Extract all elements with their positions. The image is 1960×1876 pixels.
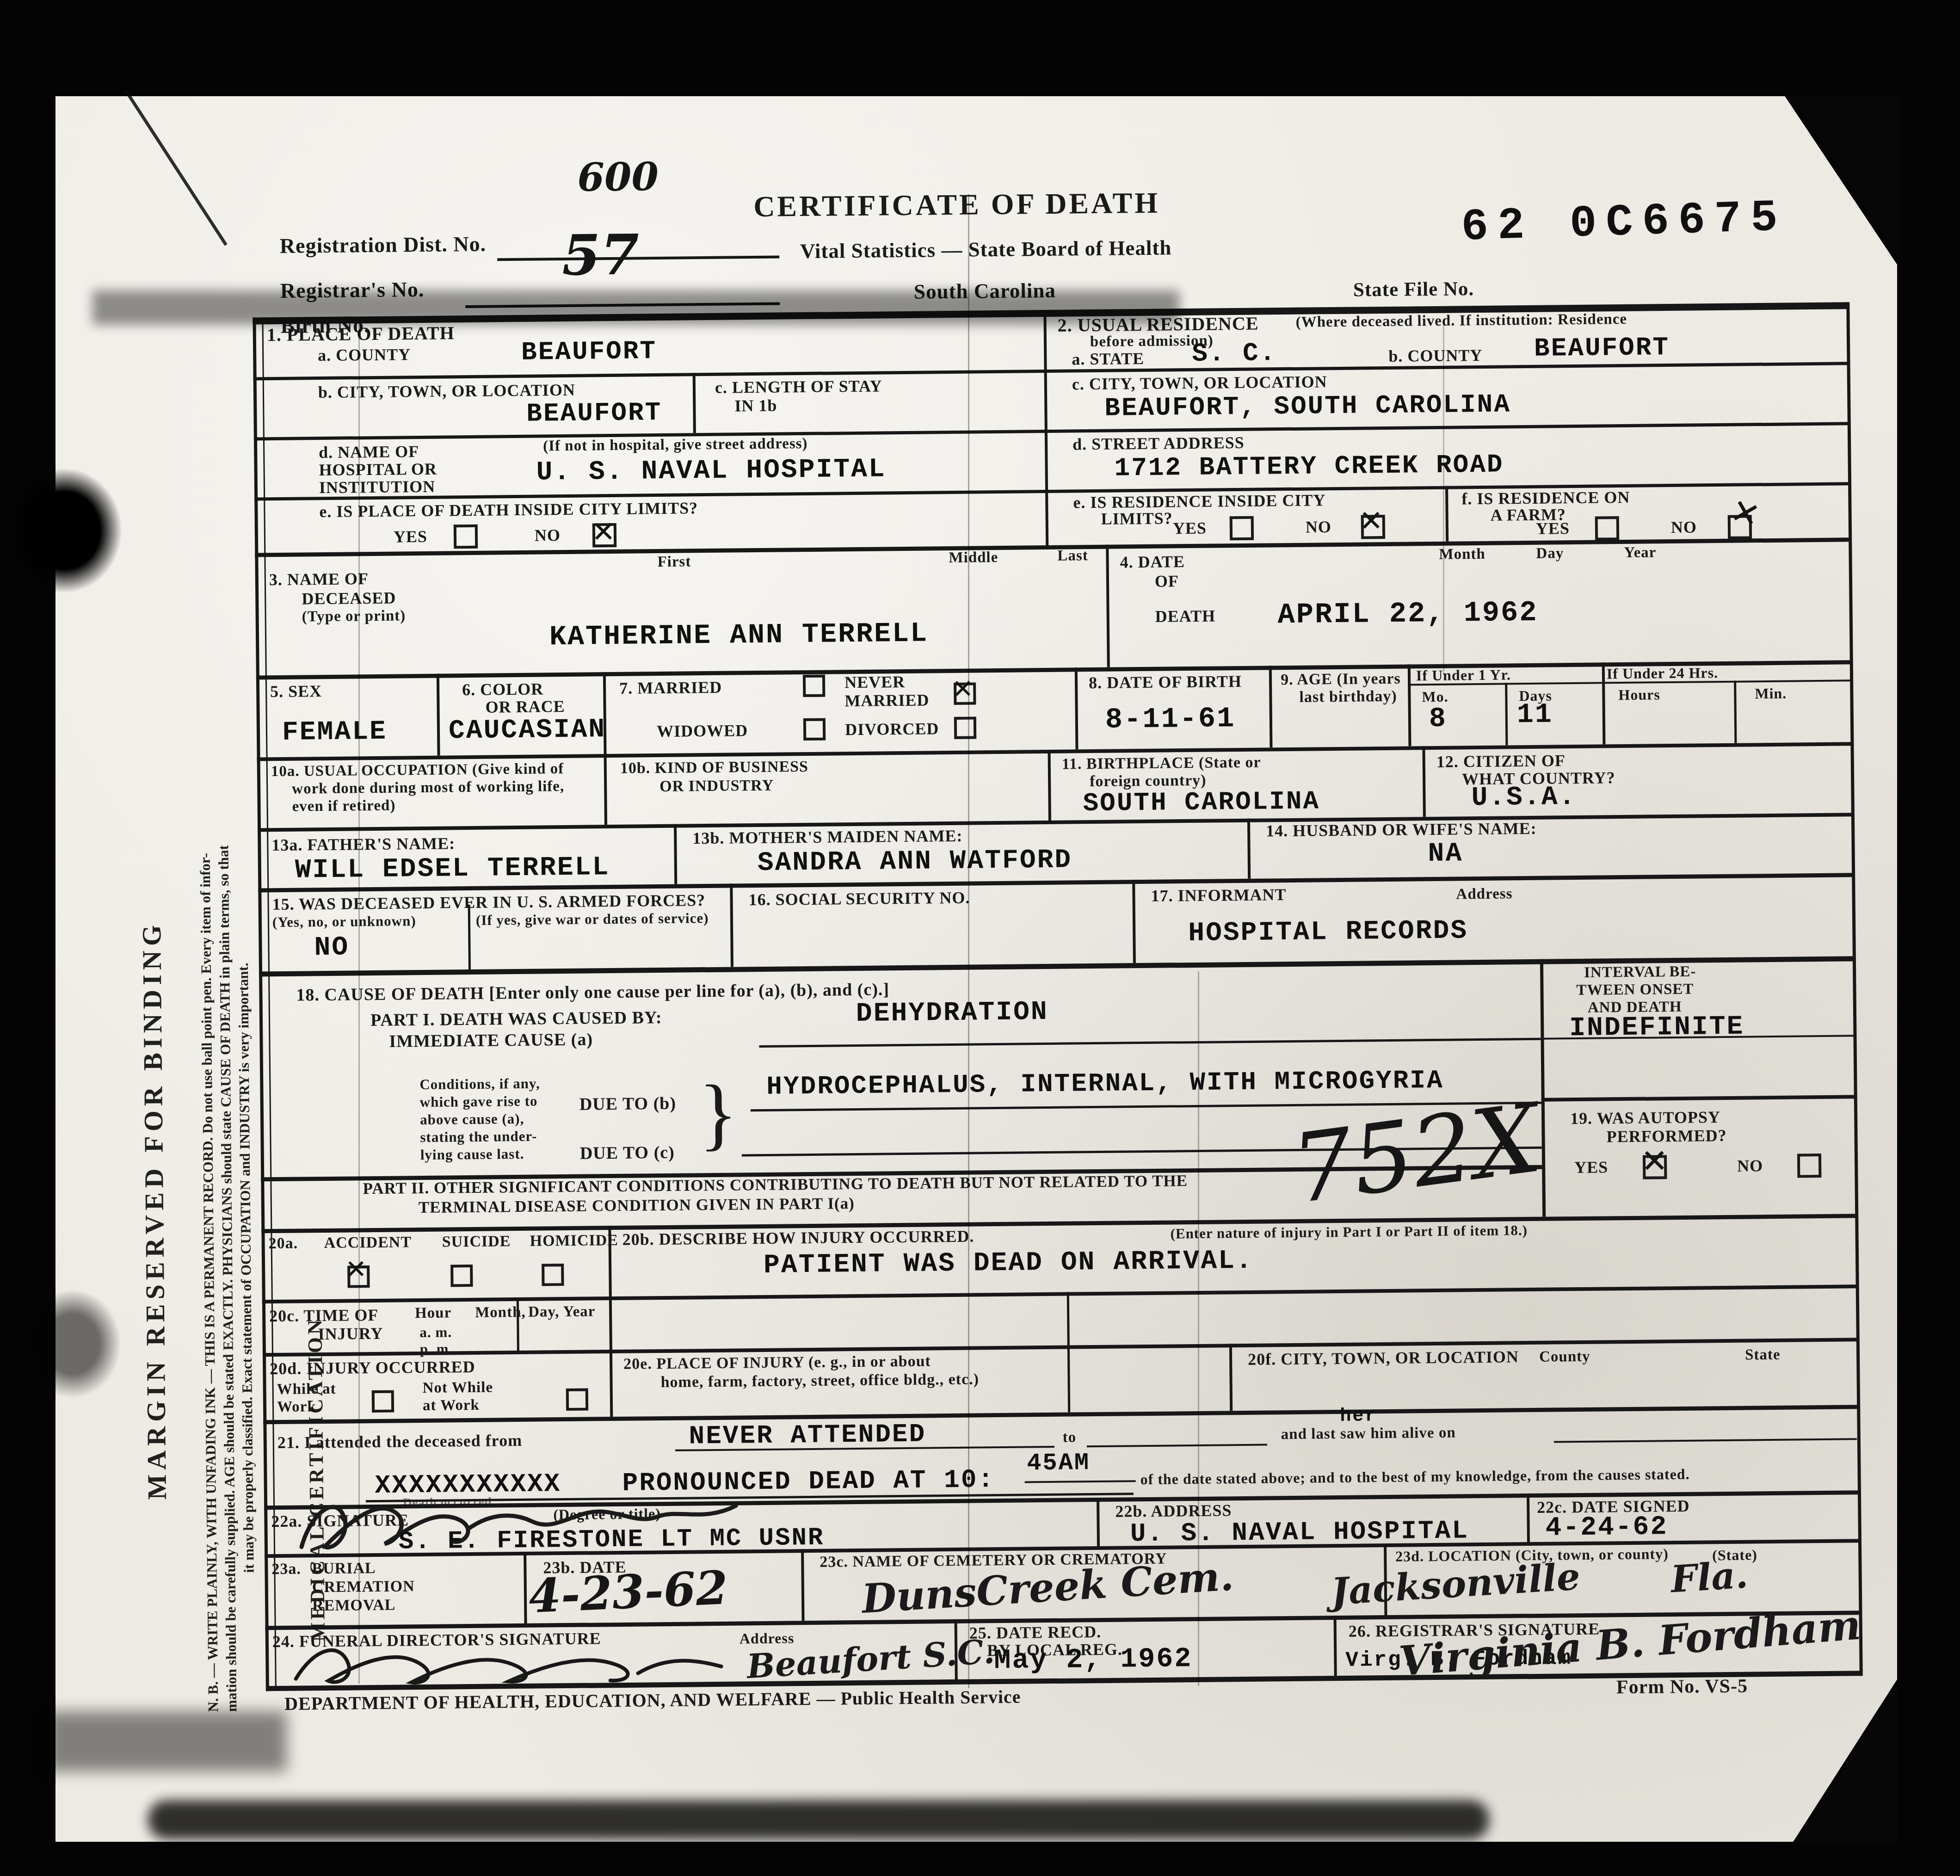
ink-blob-left-lower (24, 1290, 121, 1398)
burial-location-state-value: Fla. (1670, 1553, 1749, 1601)
conditions-note3: above cause (a), (420, 1111, 524, 1128)
homicide-label: HOMICIDE (530, 1232, 618, 1250)
age-label2: last birthday) (1299, 688, 1397, 706)
widowed-label: WIDOWED (657, 721, 748, 741)
funeral-director-signature (289, 1633, 752, 1688)
place-limits-no-label: NO (535, 525, 561, 545)
res-limits-yes-checkbox (1230, 516, 1254, 540)
autopsy-no-label: NO (1737, 1156, 1763, 1176)
spouse-value: NA (1428, 839, 1463, 869)
res-limits-no-label: NO (1306, 517, 1331, 537)
conditions-brace: } (698, 1067, 739, 1160)
father-label: 13a. FATHER'S NAME: (271, 833, 455, 855)
farm-no-label: NO (1671, 517, 1697, 537)
footer-agency: DEPARTMENT OF HEALTH, EDUCATION, AND WEL… (284, 1686, 1021, 1715)
year-header: Year (1624, 544, 1656, 562)
informant-address-label: Address (1456, 885, 1512, 903)
attended-pre-label: 21. I attended the deceased from (277, 1431, 523, 1452)
last-saw-label: and last saw him alive on (1281, 1425, 1456, 1444)
margin-binding-label: MARGIN RESERVED FOR BINDING (134, 685, 173, 1500)
last-header: Last (1057, 547, 1088, 565)
scratch-vertical-2 (968, 194, 969, 1688)
time-of-injury-label2: INJURY (318, 1324, 383, 1344)
due-to-b-label: DUE TO (b) (579, 1093, 677, 1115)
suicide-checkbox (450, 1265, 473, 1287)
name-label2: DECEASED (302, 588, 396, 609)
ssn-label: 16. SOCIAL SECURITY NO. (748, 888, 970, 910)
dayyear-label: Day, Year (528, 1303, 596, 1321)
reg-dist-number: 600 (577, 154, 659, 200)
scratch-vertical-4 (1443, 319, 1444, 675)
res-limits-label2: LIMITS? (1101, 508, 1172, 528)
attended-to-label: to (1063, 1429, 1077, 1446)
farm-yes-label: YES (1536, 518, 1570, 538)
place-limits-no-checkmark: ✕ (592, 515, 616, 549)
conditions-note4: stating the under- (420, 1128, 537, 1146)
burial-sec-label: 23a. (271, 1561, 301, 1579)
burial-date-value: 4-23-62 (528, 1560, 729, 1623)
name-label1: 3. NAME OF (269, 569, 369, 589)
not-while-label1: Not While (422, 1379, 493, 1397)
birthplace-value: SOUTH CAROLINA (1083, 786, 1320, 818)
pm-label: p. m. (420, 1340, 453, 1358)
sex-value: FEMALE (282, 717, 387, 748)
county-label: a. COUNTY (318, 345, 411, 365)
name-label3: (Type or print) (302, 607, 406, 625)
place-limits-yes-label: YES (394, 527, 427, 547)
date-of-death-value: APRIL 22, 1962 (1277, 596, 1538, 631)
middle-header: Middle (949, 549, 998, 567)
due-to-c-label: DUE TO (c) (580, 1142, 675, 1164)
under-1yr-header: If Under 1 Yr. (1416, 666, 1511, 684)
conditions-note5: lying cause last. (420, 1146, 524, 1163)
accident-label: ACCIDENT (324, 1234, 412, 1252)
never-married-label2: MARRIED (844, 690, 929, 710)
occupation-label3: even if retired) (292, 797, 395, 815)
while-at-work-checkbox (372, 1390, 394, 1413)
part2-label2: TERMINAL DISEASE CONDITION GIVEN IN PART… (419, 1194, 855, 1217)
conditions-note2: which gave rise to (420, 1093, 538, 1111)
interval-label2: TWEEN ONSET (1576, 981, 1694, 999)
pronounced-time-value: 45AM (1027, 1449, 1090, 1477)
while-at-label1: While at (277, 1381, 336, 1398)
burial-location-city-value: Jacksonville (1330, 1555, 1581, 1613)
place-of-injury-label1: 20e. PLACE OF INJURY (e. g., in or about (623, 1352, 931, 1373)
hour-label: Hour (415, 1304, 452, 1322)
residence-city-value: BEAUFORT, SOUTH CAROLINA (1104, 389, 1511, 423)
autopsy-no-checkbox (1797, 1154, 1821, 1178)
dob-value: 8-11-61 (1105, 702, 1236, 736)
scan-edge-left (0, 0, 55, 1876)
armed-forces-value: NO (314, 933, 349, 963)
certificate: MARGIN RESERVED FOR BINDING N. B. — WRIT… (0, 0, 1960, 1876)
place-limits-yes-checkbox (454, 525, 478, 549)
occupation-label1: 10a. USUAL OCCUPATION (Give kind of (271, 760, 564, 780)
state-file-label: State File No. (1353, 278, 1474, 302)
county-value: BEAUFORT (521, 336, 657, 367)
injury-city-label: 20f. CITY, TOWN, OR LOCATION (1248, 1347, 1519, 1369)
conditions-note1: Conditions, if any, (419, 1075, 540, 1093)
farm-yes-checkbox (1595, 516, 1619, 540)
autopsy-yes-label: YES (1574, 1157, 1608, 1177)
length-of-stay-label1: c. LENGTH OF STAY (715, 376, 882, 397)
occupation-label2: work done during most of working life, (292, 778, 564, 798)
min-header: Min. (1755, 685, 1787, 703)
hospital-note: (If not in hospital, give street address… (543, 435, 808, 455)
month-header: Month (1439, 546, 1485, 563)
injury-state-label: State (1745, 1346, 1781, 1364)
place-limits-label: e. IS PLACE OF DEATH INSIDE CITY LIMITS? (319, 498, 698, 521)
married-label: 7. MARRIED (619, 678, 722, 698)
how-injury-note: (Enter nature of injury in Part I or Par… (1170, 1222, 1528, 1242)
residence-city-label: c. CITY, TOWN, OR LOCATION (1072, 372, 1327, 394)
res-limits-no-checkmark: ✕ (1359, 504, 1383, 537)
city-value: BEAUFORT (526, 398, 662, 429)
how-injury-label: 20b. DESCRIBE HOW INJURY OCCURRED. (622, 1227, 974, 1249)
mother-value: SANDRA ANN WATFORD (757, 845, 1072, 878)
business-label1: 10b. KIND OF BUSINESS (620, 758, 808, 778)
burial-label: BURIAL (312, 1560, 376, 1578)
age-days-value: 11 (1516, 699, 1553, 731)
scratch-vertical-3 (1198, 971, 1199, 1686)
how-injury-value: PATIENT WAS DEAD ON ARRIVAL. (764, 1246, 1253, 1281)
scanned-death-certificate: MARGIN RESERVED FOR BINDING N. B. — WRIT… (0, 0, 1960, 1876)
length-of-stay-label2: IN 1b (734, 396, 777, 416)
months-header: Mo. (1422, 688, 1448, 706)
not-while-at-work-checkbox (566, 1388, 588, 1411)
state-file-stamp: 62 0C6675 (1461, 192, 1787, 253)
married-checkbox (803, 675, 825, 697)
res-limits-yes-label: YES (1173, 518, 1207, 538)
first-header: First (657, 553, 691, 571)
registrar-number: 57 (561, 222, 639, 288)
dob-label: 8. DATE OF BIRTH (1089, 672, 1242, 692)
smear-bottom-left (46, 1711, 287, 1771)
divorced-checkbox (954, 716, 976, 739)
deceased-name-value: KATHERINE ANN TERRELL (549, 618, 929, 653)
spouse-label: 14. HUSBAND OR WIFE'S NAME: (1266, 819, 1537, 841)
ink-blob-left-upper (6, 468, 122, 593)
scratch-vertical-1 (358, 319, 360, 1684)
business-label2: OR INDUSTRY (659, 777, 774, 796)
attended-from-value: NEVER ATTENDED (689, 1419, 926, 1451)
injury-occurred-label: 20d. INJURY OCCURRED (270, 1357, 475, 1378)
cause-of-death-label: 18. CAUSE OF DEATH [Enter only one cause… (296, 979, 889, 1005)
date-signed-value: 4-24-62 (1545, 1512, 1668, 1543)
while-at-label2: Work (277, 1398, 316, 1416)
suicide-label: SUICIDE (442, 1233, 511, 1251)
residence-county-label: b. COUNTY (1388, 346, 1482, 366)
widowed-checkbox (803, 718, 826, 741)
scan-edge-bottom (0, 1842, 1960, 1876)
hospital-value: U. S. NAVAL HOSPITAL (536, 454, 886, 488)
hours-header: Hours (1618, 686, 1660, 703)
residence-county-value: BEAUFORT (1534, 333, 1670, 364)
under-24hrs-header: If Under 24 Hrs. (1607, 664, 1719, 682)
attended-her-note: her (1340, 1406, 1377, 1427)
father-value: WILL EDSEL TERRELL (295, 852, 610, 886)
dod-label1: 4. DATE (1120, 552, 1185, 572)
certificate-title: CERTIFICATE OF DEATH (753, 186, 1160, 224)
age-months-value: 8 (1429, 703, 1448, 735)
time-of-injury-label1: 20c. TIME OF (269, 1305, 379, 1326)
informant-value: HOSPITAL RECORDS (1188, 916, 1468, 949)
street-address-label: d. STREET ADDRESS (1072, 433, 1245, 454)
informant-label: 17. INFORMANT (1151, 885, 1286, 906)
homicide-checkbox (542, 1264, 564, 1286)
month-injury-label: Month, (475, 1304, 526, 1321)
am-label: a. m. (419, 1324, 452, 1341)
sex-label: 5. SEX (270, 681, 322, 701)
race-value: CAUCASIAN (449, 715, 606, 746)
place-of-death-label: 1. PLACE OF DEATH (267, 322, 455, 346)
residence-state-value: S. C. (1192, 338, 1277, 369)
scan-edge-top (0, 0, 1960, 96)
removal-label: REMOVAL (312, 1597, 396, 1615)
farm-no-checkmark: ✕ (1726, 491, 1764, 537)
accident-checkmark: ✕ (345, 1254, 367, 1284)
certificate-subtitle: Vital Statistics — State Board of Health (800, 235, 1172, 263)
dod-label3: DEATH (1155, 606, 1216, 626)
race-label2: OR RACE (485, 697, 565, 717)
age-label1: 9. AGE (In years (1281, 670, 1401, 689)
dod-label2: OF (1155, 571, 1179, 591)
mother-label: 13b. MOTHER'S MAIDEN NAME: (692, 826, 962, 848)
autopsy-label1: 19. WAS AUTOPSY (1570, 1107, 1720, 1128)
cert-address-value: U. S. NAVAL HOSPITAL (1130, 1516, 1469, 1549)
cremation-label: CREMATION (312, 1578, 415, 1596)
physician-name-value: S. E. FIRESTONE LT MC USNR (399, 1524, 825, 1556)
never-married-checkmark: ✕ (952, 674, 974, 704)
attended-post-label: of the date stated above; and to the bes… (1140, 1466, 1689, 1488)
cause-b-value: HYDROCEPHALUS, INTERNAL, WITH MICROGYRIA (766, 1066, 1444, 1102)
birthplace-label1: 11. BIRTHPLACE (State or (1062, 754, 1261, 773)
smear-bottom (148, 1800, 1489, 1839)
date-recd-value: May 2, 1962 (994, 1643, 1193, 1677)
usual-residence-note1: (Where deceased lived. If institution: R… (1295, 311, 1627, 331)
smear-top (92, 290, 1179, 325)
never-married-label1: NEVER (844, 672, 905, 692)
cause-a-value: DEHYDRATION (856, 997, 1048, 1029)
part1-label: PART I. DEATH WAS CAUSED BY: (370, 1007, 662, 1031)
reg-dist-label: Registration Dist. No. (280, 232, 487, 258)
interval-label1: INTERVAL BE- (1584, 963, 1696, 981)
scan-edge-right (1897, 0, 1960, 1876)
street-address-value: 1712 BATTERY CREEK ROAD (1114, 450, 1504, 483)
form-number: Form No. VS-5 (1616, 1675, 1748, 1699)
interval-value: INDEFINITE (1569, 1012, 1744, 1044)
day-header: Day (1536, 545, 1564, 562)
immediate-cause-label: IMMEDIATE CAUSE (a) (389, 1029, 593, 1051)
race-label1: 6. COLOR (462, 679, 543, 699)
accident-sec-label: 20a. (268, 1235, 298, 1253)
not-while-label2: at Work (423, 1397, 480, 1414)
divorced-label: DIVORCED (845, 719, 939, 739)
autopsy-yes-checkmark: ✕ (1641, 1142, 1668, 1180)
hospital-label3: INSTITUTION (319, 477, 435, 497)
armed-forces-note1: (Yes, no, or unknown) (272, 913, 416, 931)
residence-state-label: a. STATE (1072, 349, 1144, 369)
citizen-value: U.S.A. (1471, 782, 1576, 813)
injury-county-label: County (1539, 1348, 1590, 1366)
place-of-injury-label2: home, farm, factory, street, office bldg… (660, 1370, 979, 1391)
armed-forces-note2: (If yes, give war or dates of service) (476, 910, 709, 929)
